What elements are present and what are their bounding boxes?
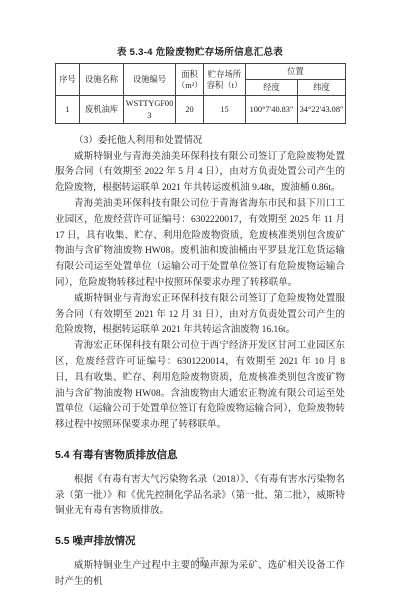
cell-facility-code: WSTTYGF003 <box>124 96 176 123</box>
section-heading-5-4: 5.4 有毒有害物质排放信息 <box>55 447 345 462</box>
col-header-longitude: 经度 <box>246 80 298 96</box>
table-row: 1 废机油库 WSTTYGF003 20 15 100°7′40.83″ 34°… <box>56 96 346 123</box>
col-header-index: 序号 <box>56 64 80 96</box>
paragraph-meiyoumei-contract: 威斯特铜业与青海美油美环保科技有限公司签订了危险废物处置服务合同（有效期至 20… <box>55 150 345 197</box>
cell-index: 1 <box>56 96 80 123</box>
document-page: 表 5.3-4 危险废物贮存场所信息汇总表 序号 设施名称 设施编号 面积（m²… <box>0 0 400 600</box>
table-header-row-1: 序号 设施名称 设施编号 面积（m²） 贮存场所容积（t） 位置 <box>56 64 346 80</box>
col-header-capacity: 贮存场所容积（t） <box>204 64 246 96</box>
paragraph-hongzheng-details: 青海宏正环保科技有限公司位于西宁经济开发区甘河工业园区东区，危废经营许可证编号：… <box>55 339 345 434</box>
cell-capacity: 15 <box>204 96 246 123</box>
cell-facility-name: 废机油库 <box>80 96 124 123</box>
table-title: 表 5.3-4 危险废物贮存场所信息汇总表 <box>55 44 345 58</box>
col-header-location: 位置 <box>246 64 346 80</box>
sub-heading-entrusted-disposal: （3）委托他人利用和处置情况 <box>55 134 345 150</box>
paragraph-hongzheng-contract: 威斯特铜业与青海宏正环保科技有限公司签订了危险废物处置服务合同（有效期至 202… <box>55 292 345 339</box>
paragraph-toxic-substances: 根据《有毒有害大气污染物名录（2018）》、《有毒有害水污染物名录（第一批）》和… <box>55 473 345 520</box>
col-header-facility-code: 设施编号 <box>124 64 176 96</box>
cell-longitude: 100°7′40.83″ <box>246 96 298 123</box>
section-heading-5-5: 5.5 噪声排放情况 <box>55 533 345 548</box>
page-number: 17 <box>0 556 400 565</box>
col-header-area: 面积（m²） <box>176 64 204 96</box>
cell-area: 20 <box>176 96 204 123</box>
paragraph-meiyoumei-details: 青海美油美环保科技有限公司位于青海省海东市民和县下川口工业园区，危废经营许可证编… <box>55 197 345 292</box>
hazardous-waste-storage-table: 序号 设施名称 设施编号 面积（m²） 贮存场所容积（t） 位置 经度 纬度 1… <box>55 63 346 124</box>
cell-latitude: 34°22′43.08″ <box>298 96 346 123</box>
col-header-latitude: 纬度 <box>298 80 346 96</box>
col-header-facility-name: 设施名称 <box>80 64 124 96</box>
